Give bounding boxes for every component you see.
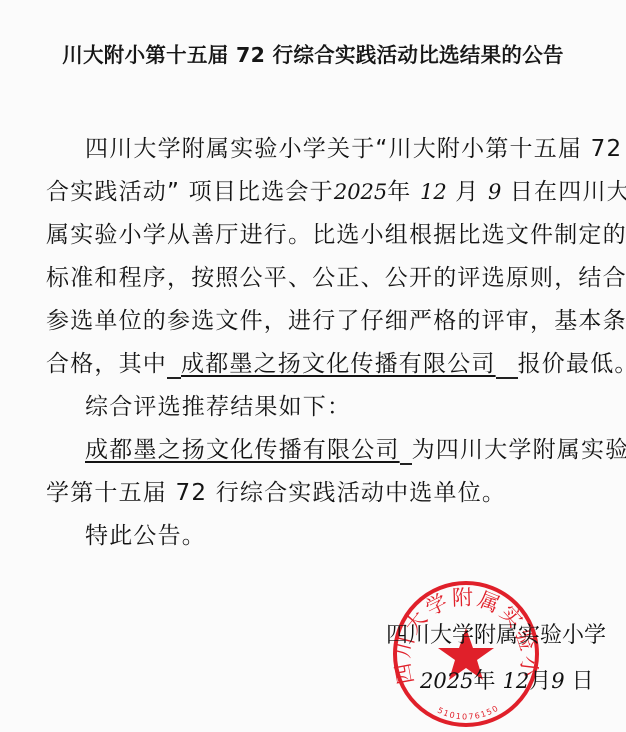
company-name-filled: 成都墨之扬文化传播有限公司 (181, 351, 496, 377)
text: 为四川大学附属实验小 (412, 437, 626, 463)
paragraph-1-line-5: 参选单位的参选文件，进行了仔细严格的评审，基本条件均 (46, 302, 626, 335)
underline-blank (167, 351, 181, 379)
document-page: 川大附小第十五届 72 行综合实践活动比选结果的公告 四川大学附属实验小学关于“… (0, 0, 626, 732)
paragraph-1-line-2: 合实践活动” 项目比选会于2025年 12 月 9 日在四川大学附 (46, 173, 626, 206)
paragraph-1-line-4: 标准和程序，按照公平、公正、公开的评选原则，结合所有 (46, 259, 626, 292)
handwritten-year: 2025 (420, 669, 473, 693)
document-title: 川大附小第十五届 72 行综合实践活动比选结果的公告 (0, 38, 626, 68)
official-seal-icon: 四川大学附属实验小学 5101076150 (390, 578, 542, 730)
text: 报价最低。 (518, 351, 626, 377)
handwritten-month: 12 (420, 180, 447, 204)
paragraph-3-line-2: 学第十五届 72 行综合实践活动中选单位。 (46, 474, 506, 507)
paragraph-1-line-6: 合格，其中 成都墨之扬文化传播有限公司 报价最低。 (46, 345, 626, 379)
month-unit: 月 (529, 669, 551, 694)
text: 合格，其中 (46, 351, 167, 377)
handwritten-day: 9 (551, 669, 564, 693)
closing-text: 特此公告。 (85, 517, 206, 550)
signature-date: 2025年 12月9 日 (420, 664, 594, 695)
paragraph-1-line-3: 属实验小学从善厅进行。比选小组根据比选文件制定的评选 (46, 216, 626, 249)
month-unit: 月 (455, 179, 479, 205)
underline-blank (496, 351, 518, 379)
winning-company-name: 成都墨之扬文化传播有限公司 (85, 437, 400, 463)
day-unit: 日 (572, 669, 594, 694)
handwritten-year: 2025 (334, 180, 387, 204)
year-unit: 年 (387, 179, 411, 205)
paragraph-2: 综合评选推荐结果如下： (85, 388, 351, 421)
paragraph-1-line-1: 四川大学附属实验小学关于“川大附小第十五届 72 行综 (85, 130, 626, 163)
paragraph-3-line-1: 成都墨之扬文化传播有限公司 为四川大学附属实验小 (85, 431, 626, 465)
underline-blank (400, 437, 412, 465)
handwritten-month: 12 (502, 669, 529, 693)
handwritten-day: 9 (488, 180, 501, 204)
text: 日在四川大学附 (510, 179, 626, 205)
signature-organization: 四川大学附属实验小学 (386, 618, 606, 649)
text: 合实践活动” 项目比选会于 (46, 179, 334, 205)
year-unit: 年 (473, 669, 495, 694)
